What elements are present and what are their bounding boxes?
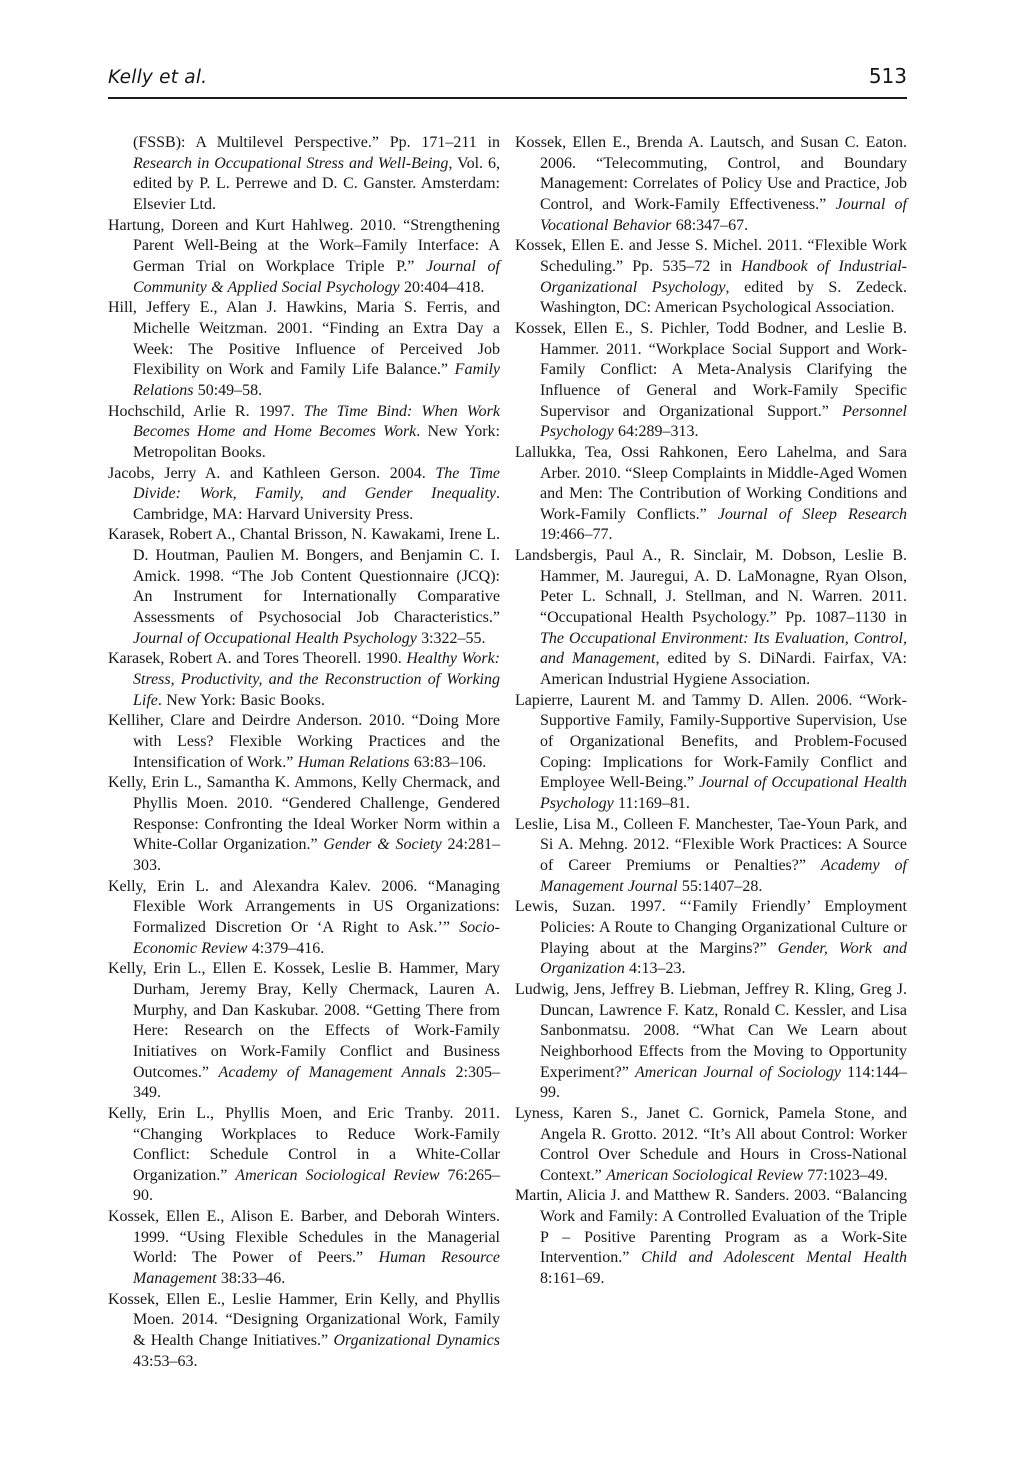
reference-source-title: American Journal of Sociology xyxy=(635,1064,841,1081)
reference-source-title: Organizational Dynamics xyxy=(333,1332,500,1349)
reference-text: Jacobs, Jerry A. and Kathleen Gerson. 20… xyxy=(108,465,435,482)
reference-entry: Jacobs, Jerry A. and Kathleen Gerson. 20… xyxy=(108,464,500,526)
page-number: 513 xyxy=(869,64,907,88)
reference-entry: Kelly, Erin L., Samantha K. Ammons, Kell… xyxy=(108,773,500,876)
reference-text: 68:347–67. xyxy=(671,217,748,234)
reference-text: 43:53–63. xyxy=(133,1353,197,1370)
running-header: Kelly et al. 513 xyxy=(108,64,907,99)
reference-entry: Lapierre, Laurent M. and Tammy D. Allen.… xyxy=(515,691,907,815)
reference-entry: Karasek, Robert A. and Tores Theorell. 1… xyxy=(108,649,500,711)
reference-text: 77:1023–49. xyxy=(803,1167,888,1184)
reference-text: Karasek, Robert A. and Tores Theorell. 1… xyxy=(108,650,406,667)
reference-entry: Karasek, Robert A., Chantal Brisson, N. … xyxy=(108,525,500,649)
reference-entry: Kossek, Ellen E. and Jesse S. Michel. 20… xyxy=(515,236,907,319)
reference-entry: Lallukka, Tea, Ossi Rahkonen, Eero Lahel… xyxy=(515,443,907,546)
reference-text: 50:49–58. xyxy=(193,382,262,399)
references-column-right: Kossek, Ellen E., Brenda A. Lautsch, and… xyxy=(515,133,907,1372)
reference-entry: Lewis, Suzan. 1997. “‘Family Friendly’ E… xyxy=(515,897,907,980)
running-head-title: Kelly et al. xyxy=(108,67,207,88)
reference-text: Kelly, Erin L., Ellen E. Kossek, Leslie … xyxy=(108,960,500,1080)
reference-entry: (FSSB): A Multilevel Perspective.” Pp. 1… xyxy=(108,133,500,216)
reference-text: 19:466–77. xyxy=(540,526,612,543)
reference-entry: Kelly, Erin L. and Alexandra Kalev. 2006… xyxy=(108,877,500,960)
reference-source-title: Research in Occupational Stress and Well… xyxy=(133,155,448,172)
reference-entry: Kossek, Ellen E., Alison E. Barber, and … xyxy=(108,1207,500,1290)
reference-text: 64:289–313. xyxy=(614,423,699,440)
reference-text: Hochschild, Arlie R. 1997. xyxy=(108,403,304,420)
reference-source-title: Gender & Society xyxy=(323,836,441,853)
reference-entry: Kossek, Ellen E., S. Pichler, Todd Bodne… xyxy=(515,319,907,443)
reference-source-title: Human Relations xyxy=(298,754,410,771)
reference-entry: Hochschild, Arlie R. 1997. The Time Bind… xyxy=(108,402,500,464)
reference-text: 8:161–69. xyxy=(540,1270,604,1287)
references-section: (FSSB): A Multilevel Perspective.” Pp. 1… xyxy=(108,133,907,1372)
reference-entry: Hill, Jeffery E., Alan J. Hawkins, Maria… xyxy=(108,298,500,401)
reference-text: 63:83–106. xyxy=(409,754,486,771)
reference-source-title: Journal of Sleep Research xyxy=(718,506,907,523)
reference-source-title: Academy of Management Annals xyxy=(219,1064,446,1081)
reference-text: 4:13–23. xyxy=(625,960,686,977)
reference-entry: Martin, Alicia J. and Matthew R. Sanders… xyxy=(515,1186,907,1289)
reference-entry: Landsbergis, Paul A., R. Sinclair, M. Do… xyxy=(515,546,907,691)
reference-entry: Kelliher, Clare and Deirdre Anderson. 20… xyxy=(108,711,500,773)
reference-text: 3:322–55. xyxy=(417,630,486,647)
document-page: Kelly et al. 513 (FSSB): A Multilevel Pe… xyxy=(0,0,1013,1482)
reference-text: 11:169–81. xyxy=(614,795,690,812)
reference-text: Landsbergis, Paul A., R. Sinclair, M. Do… xyxy=(515,547,907,626)
reference-text: 55:1407–28. xyxy=(678,878,763,895)
reference-source-title: American Sociological Review xyxy=(235,1167,439,1184)
reference-text: 4:379–416. xyxy=(247,940,324,957)
reference-text: Karasek, Robert A., Chantal Brisson, N. … xyxy=(108,526,500,626)
reference-entry: Lyness, Karen S., Janet C. Gornick, Pame… xyxy=(515,1104,907,1187)
reference-text: (FSSB): A Multilevel Perspective.” Pp. 1… xyxy=(133,134,500,151)
reference-entry: Leslie, Lisa M., Colleen F. Manchester, … xyxy=(515,815,907,898)
reference-text: 38:33–46. xyxy=(217,1270,286,1287)
reference-text: Hill, Jeffery E., Alan J. Hawkins, Maria… xyxy=(108,299,500,378)
reference-entry: Kelly, Erin L., Phyllis Moen, and Eric T… xyxy=(108,1104,500,1207)
reference-entry: Kossek, Ellen E., Brenda A. Lautsch, and… xyxy=(515,133,907,236)
reference-entry: Hartung, Doreen and Kurt Hahlweg. 2010. … xyxy=(108,216,500,299)
reference-entry: Kelly, Erin L., Ellen E. Kossek, Leslie … xyxy=(108,959,500,1104)
reference-text: 20:404–418. xyxy=(400,279,485,296)
reference-source-title: Child and Adolescent Mental Health xyxy=(641,1249,907,1266)
reference-text: Kelly, Erin L. and Alexandra Kalev. 2006… xyxy=(108,878,500,936)
references-column-left: (FSSB): A Multilevel Perspective.” Pp. 1… xyxy=(108,133,500,1372)
reference-entry: Kossek, Ellen E., Leslie Hammer, Erin Ke… xyxy=(108,1290,500,1373)
reference-entry: Ludwig, Jens, Jeffrey B. Liebman, Jeffre… xyxy=(515,980,907,1104)
reference-source-title: Journal of Occupational Health Psycholog… xyxy=(133,630,417,647)
reference-text: . New York: Basic Books. xyxy=(158,692,325,709)
reference-source-title: American Sociological Review xyxy=(606,1167,803,1184)
